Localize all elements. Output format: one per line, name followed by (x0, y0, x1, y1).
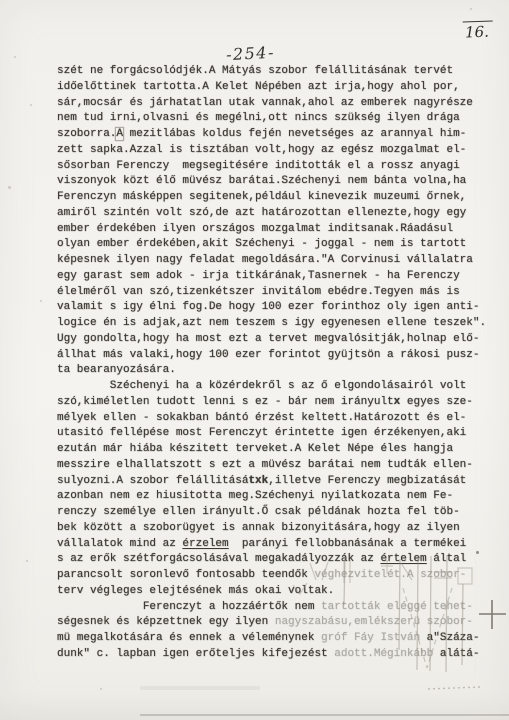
typescript-line: vállalatok mind az érzelem parányi fello… (57, 537, 486, 553)
text-segment: Ugy gondolta,hogy ha most ezt a tervet m… (57, 333, 479, 345)
typescript-line: sulyozni.A szobor felállitásátxk,illetve… (57, 474, 486, 490)
typescript-line: mélyek ellen - sokakban bántó érzést kel… (57, 411, 486, 427)
paper-speck (100, 688, 102, 690)
typescript-line: valamit s igy élni fog.De hogy 100 ezer … (57, 300, 486, 316)
typescript-line: sár,mocsár és járhatatlan utak vannak,ah… (57, 96, 486, 112)
handwritten-page-number: -254- (226, 43, 276, 65)
typescript-line: renczy személye ellen irányult.Ő csak pé… (57, 505, 486, 521)
text-segment: sősorban Ferenczy megsegitésére inditott… (57, 160, 460, 172)
typescript-line: dunk" c. lapban igen erőteljes kifejezés… (57, 647, 486, 663)
text-segment: élelméről van szó,tizenkétszer invitálom… (57, 286, 460, 298)
text-segment: valamit s igy élni fog.De hogy 100 ezer … (57, 301, 479, 313)
typescript-line: szó,kiméletlen tudott lenni s ez - bár n… (57, 395, 486, 411)
faded-text: tartották eléggé tehet- (321, 601, 473, 613)
text-segment: alátá- (433, 648, 479, 660)
pencil-dot (476, 551, 479, 554)
faded-text: véghezvitelét.A szobor- (314, 569, 466, 581)
text-segment: olyan ember érdekében,akit Széchenyi - j… (57, 238, 466, 250)
typescript-line: zett sapka.Azzal is tisztában volt,hogy … (57, 143, 486, 159)
underlined-word: érzelem (182, 538, 228, 550)
text-segment: terv végleges elejtésének más okai volta… (57, 585, 334, 597)
text-segment: Ferenczyn másképpen segitenek,például ki… (57, 191, 466, 203)
text-segment: utasitó fellépése most Ferenczyt érintet… (57, 427, 466, 439)
typescript-line: ember érdekében ilyen országos mozgalmat… (57, 222, 486, 238)
typescript-line: nem tud irni,olvasni és megélni,ott ninc… (57, 111, 486, 127)
text-segment: időelőttinek tartotta.A Kelet Népében az… (57, 81, 460, 93)
typescript-line: ezután már hiába készitett terveket.A Ke… (57, 442, 486, 458)
handwritten-folio-number: 16. (463, 20, 494, 41)
paper-speck (30, 104, 32, 106)
faded-text: adott.Méginkább (334, 648, 433, 660)
text-segment: parányi fellobbanásának a termékei (229, 538, 467, 550)
faded-text: nagyszabásu,emlékszerü szobor- (275, 616, 473, 628)
text-segment: sár,mocsár és járhatatlan utak vannak,ah… (57, 97, 473, 109)
text-segment: ember érdekében ilyen országos mozgalmat… (57, 223, 453, 235)
pencil-dotted-mark (428, 687, 480, 689)
overstruck-text: txk (248, 475, 268, 487)
typescript-line: sősorban Ferenczy megsegitésére inditott… (57, 159, 486, 175)
typescript-line: amiről szintén volt szó,de azt határozot… (57, 206, 486, 222)
text-segment: szét ne forgácsolódjék.A Mátyás szobor f… (57, 65, 453, 77)
typescript-line: s az erők szétforgácsolásával megakadály… (57, 552, 486, 568)
text-segment: mélyek ellen - sokakban bántó érzést kel… (57, 412, 466, 424)
text-segment: Széchenyi ha a közérdekről s az ő elgond… (57, 380, 466, 392)
paper-speck (26, 560, 28, 562)
text-segment: szó,kiméletlen tudott lenni s ez - bár n… (57, 396, 394, 408)
typescript-line: élelméről van szó,tizenkétszer invitálom… (57, 285, 486, 301)
paper-speck (40, 300, 42, 302)
text-segment: bek között a szoborügyet is annak bizony… (57, 522, 460, 534)
text-segment: mezitlábas koldus fején nevetséges az ar… (123, 128, 466, 140)
typescript-line: olyan ember érdekében,akit Széchenyi - j… (57, 237, 486, 253)
typescript-text-block: szét ne forgácsolódjék.A Mátyás szobor f… (57, 64, 486, 663)
typescript-line: egy garast sem adok - irja titkárának,Ta… (57, 269, 486, 285)
text-segment: ezután már hiába készitett terveket.A Ke… (57, 443, 453, 455)
typescript-line: terv végleges elejtésének más okai volta… (57, 584, 486, 600)
text-segment: dunk" c. lapban igen erőteljes kifejezés… (57, 648, 334, 660)
text-segment: egy garast sem adok - irja titkárának,Ta… (57, 270, 460, 282)
text-segment: állhat más valaki,hogy 100 ezer forintot… (57, 349, 479, 361)
text-segment: zett sapka.Azzal is tisztában volt,hogy … (57, 144, 466, 156)
text-segment: nem tud irni,olvasni és megélni,ott ninc… (57, 112, 460, 124)
text-segment: mü megalkotására és ennek a véleménynek (57, 632, 321, 644)
typescript-line: viszonyok közt élő müvész barátai.Széche… (57, 174, 486, 190)
text-segment: vállalatok mind az (57, 538, 182, 550)
typescript-line: szét ne forgácsolódjék.A Mátyás szobor f… (57, 64, 486, 80)
faded-text: gróf Fáy István (321, 632, 420, 644)
typescript-line: Ferenczyt a hozzáértők nem tartották elé… (57, 600, 486, 616)
typescript-line: Ferenczyn másképpen segitenek,például ki… (57, 190, 486, 206)
typescript-line: messzire elhallatszott s ezt a müvész ba… (57, 458, 486, 474)
typescript-line: mü megalkotására és ennek a véleménynek … (57, 631, 486, 647)
typescript-line: állhat más valaki,hogy 100 ezer forintot… (57, 348, 486, 364)
text-segment: messzire elhallatszott s ezt a müvész ba… (57, 459, 473, 471)
text-segment: Ferenczyt a hozzáértők nem (57, 601, 321, 613)
text-segment: viszonyok közt élő müvész barátai.Széche… (57, 175, 466, 187)
text-segment: szoborra. (57, 128, 116, 140)
scan-edge-line (140, 714, 509, 716)
typescript-line: képesnek ilyen nagy feladat megoldására.… (57, 253, 486, 269)
text-segment: ,illetve Ferenczy megbizatását (268, 475, 466, 487)
text-segment: logice én is adjak,azt nem teszem s igy … (57, 317, 486, 329)
text-segment: azonban nem ez hiusitotta meg.Széchenyi … (57, 490, 453, 502)
text-segment: amiről szintén volt szó,de azt határozot… (57, 207, 466, 219)
typescript-line: időelőttinek tartotta.A Kelet Népében az… (57, 80, 486, 96)
scan-smudge (140, 686, 260, 690)
typescript-line: azonban nem ez hiusitotta meg.Széchenyi … (57, 489, 486, 505)
typescript-line: Széchenyi ha a közérdekről s az ő elgond… (57, 379, 486, 395)
text-segment: által (427, 553, 467, 565)
text-segment: parancsolt soronlevő fontosabb teendők (57, 569, 314, 581)
paper-speck (8, 186, 11, 189)
typescript-line: szoborra.A mezitlábas koldus fején nevet… (57, 127, 486, 143)
text-segment: a"Száza- (420, 632, 479, 644)
paper-speck (470, 8, 472, 10)
typescript-line: ta bearanyozására. (57, 363, 486, 379)
text-segment: s az erők szétforgácsolásával megakadály… (57, 553, 380, 565)
text-segment: ta bearanyozására. (57, 364, 176, 376)
underlined-word: értelem (380, 553, 426, 565)
typescript-line: logice én is adjak,azt nem teszem s igy … (57, 316, 486, 332)
text-segment: egyes sze- (400, 396, 473, 408)
typescript-line: utasitó fellépése most Ferenczyt érintet… (57, 426, 486, 442)
paper-speck (14, 56, 16, 58)
typescript-line: ségesnek és képzettnek egy ilyen nagysza… (57, 615, 486, 631)
typescript-line: Ugy gondolta,hogy ha most ezt a tervet m… (57, 332, 486, 348)
typescript-line: parancsolt soronlevő fontosabb teendők v… (57, 568, 486, 584)
typescript-line: bek között a szoborügyet is annak bizony… (57, 521, 486, 537)
text-segment: renczy személye ellen irányult.Ő csak pé… (57, 506, 460, 518)
text-segment: ségesnek és képzettnek egy ilyen (57, 616, 275, 628)
text-segment: sulyozni.A szobor felállitásá (57, 475, 248, 487)
text-segment: képesnek ilyen nagy feladat megoldására.… (57, 254, 473, 266)
scanned-typescript-page: -254- 16. szét ne forgácsolódjék.A Mátyá… (0, 0, 509, 720)
